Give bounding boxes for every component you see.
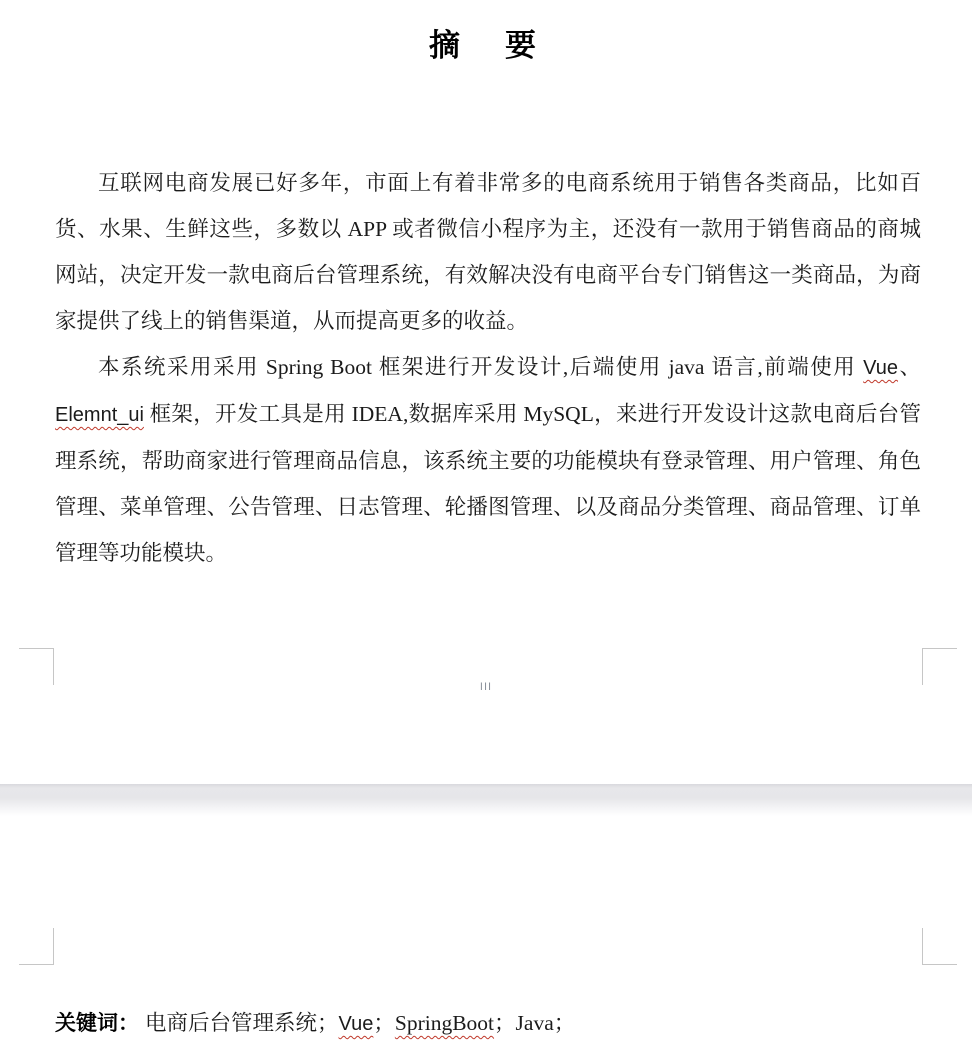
text-boundary-mark-bottom-right xyxy=(922,648,957,685)
text-run: 互联网电商发展已好多年，市面上有着非常多的电商系统用于销售各类商品，比如百货、水… xyxy=(55,171,921,333)
text-run: 本系统采用采用 Spring Boot 框架进行开发设计,后端使用 java 语… xyxy=(98,355,863,379)
misspelled-word: SpringBoot xyxy=(395,1011,494,1035)
text-run: 电商后台管理系统； xyxy=(145,1011,339,1035)
document-canvas: { "document": { "title": "摘 要", "page_nu… xyxy=(0,0,972,1064)
text-boundary-mark-bottom-left xyxy=(19,648,54,685)
abstract-paragraph-2: 本系统采用采用 Spring Boot 框架进行开发设计,后端使用 java 语… xyxy=(55,344,921,576)
page-1: 摘 要 互联网电商发展已好多年，市面上有着非常多的电商系统用于销售各类商品，比如… xyxy=(0,0,972,784)
text-boundary-mark-top-right xyxy=(922,928,957,965)
text-run: 框架，开发工具是用 IDEA,数据库采用 MySQL，来进行开发设计这款电商后台… xyxy=(55,402,921,565)
misspelled-word: Vue xyxy=(339,1013,374,1035)
keywords-content: 电商后台管理系统；Vue；SpringBoot；Java； xyxy=(145,1011,575,1035)
keywords-line: 关键词：电商后台管理系统；Vue；SpringBoot；Java； xyxy=(55,1006,921,1041)
misspelled-word: Vue xyxy=(863,357,898,379)
page-break-gap xyxy=(0,784,972,816)
misspelled-word: Elemnt_ui xyxy=(55,404,144,426)
text-run: 、 xyxy=(898,355,921,379)
abstract-paragraph-1: 互联网电商发展已好多年，市面上有着非常多的电商系统用于销售各类商品，比如百货、水… xyxy=(55,160,921,344)
page-number: III xyxy=(0,681,972,693)
keywords-label: 关键词： xyxy=(55,1012,139,1035)
text-run: ； xyxy=(373,1011,395,1035)
text-boundary-mark-top-left xyxy=(19,928,54,965)
abstract-body: 互联网电商发展已好多年，市面上有着非常多的电商系统用于销售各类商品，比如百货、水… xyxy=(55,160,921,576)
page-title: 摘 要 xyxy=(0,20,972,65)
text-run: ；Java； xyxy=(494,1011,575,1035)
